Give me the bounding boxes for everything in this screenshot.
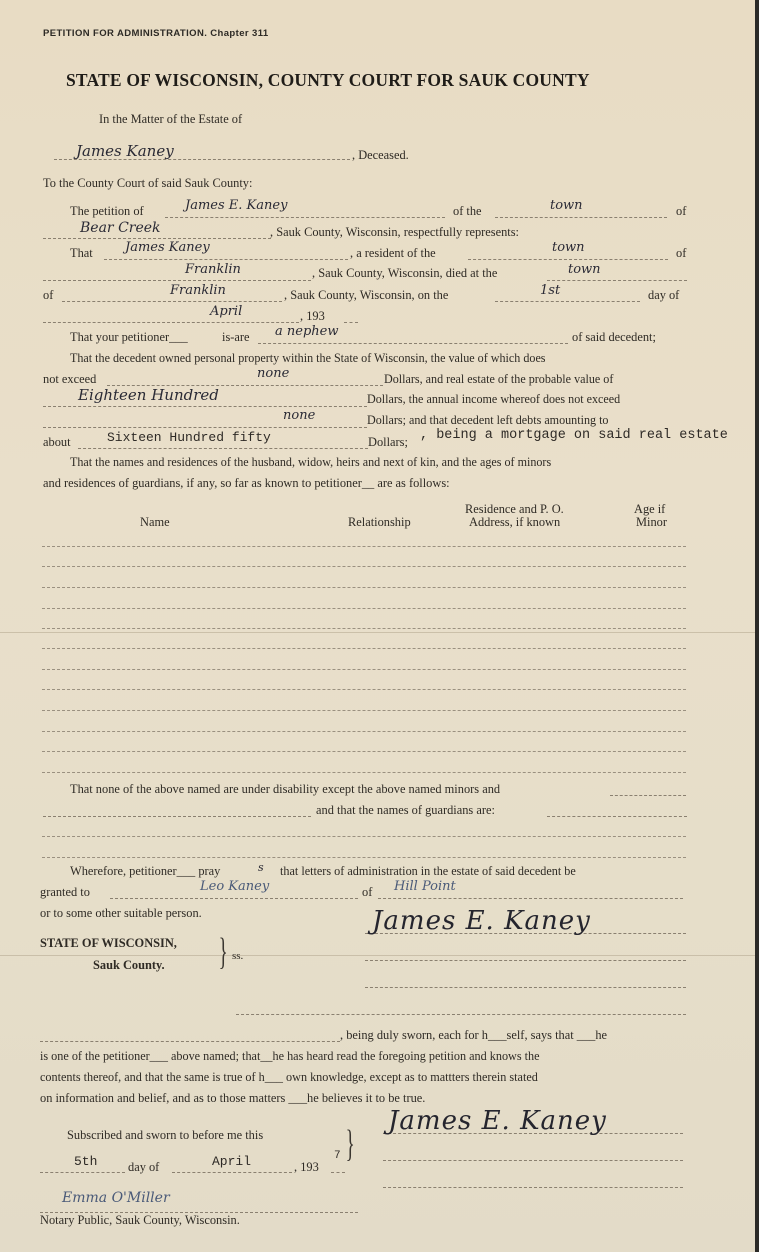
jurat-year-digit: 7 [334,1150,341,1162]
death-place: Franklin [170,283,226,298]
table-row [42,608,686,609]
is-are-option: is-are [222,330,250,345]
table-row [42,689,686,690]
jurat-day: 5th [74,1154,97,1169]
petition-document: PETITION FOR ADMINISTRATION. Chapter 311… [0,0,755,1252]
page-edge [755,0,759,1252]
municipality-type: town [550,198,583,213]
relationship-value: a nephew [275,324,338,339]
page-title: STATE OF WISCONSIN, COUNTY COURT FOR SAU… [66,70,590,91]
deceased-label: , Deceased. [352,148,409,163]
death-month: April [210,304,242,319]
venue-state: STATE OF WISCONSIN, [40,936,177,951]
paper-fold [0,955,755,956]
table-row [42,772,686,773]
form-header: PETITION FOR ADMINISTRATION. Chapter 311 [43,28,269,39]
table-row [42,710,686,711]
jurat-month: April [212,1154,251,1169]
pray-suffix: s [258,861,264,874]
municipality: Bear Creek [80,220,161,236]
table-row [42,566,686,567]
debts-note: , being a mortgage on said real estate [420,428,728,443]
table-row [42,587,686,588]
real-estate-value: Eighteen Hundred [78,386,219,404]
personal-property-value: none [257,366,289,381]
notary-title: Notary Public, Sauk County, Wisconsin. [40,1213,240,1228]
paper-fold [0,632,755,633]
death-place-type: town [568,262,601,277]
table-row [42,669,686,670]
petitioner-signature: James E. Kaney [372,906,591,936]
affiant-signature: James E. Kaney [388,1106,607,1136]
residence-type: town [552,240,585,255]
brace-icon: } [219,930,228,974]
matter-label: In the Matter of the Estate of [99,112,242,127]
table-row [42,648,686,649]
column-header-relationship: Relationship [348,515,411,530]
decedent-name: James Kaney [76,142,174,160]
death-day: 1st [540,283,560,298]
column-header-name: Name [140,515,170,530]
administrator-name: Leo Kaney [200,879,269,894]
address-line: To the County Court of said Sauk County: [43,176,252,191]
jurat-text: Subscribed and sworn to before me this [67,1128,263,1143]
table-row [42,731,686,732]
administrator-place: Hill Point [394,879,456,894]
table-row [42,751,686,752]
table-row [42,546,686,547]
annual-income-value: none [283,408,315,423]
brace-icon: } [346,1122,355,1166]
petitioner-name: James E. Kaney [185,198,287,213]
venue-county: Sauk County. [93,958,165,973]
residence-place: Franklin [185,262,241,277]
table-row [42,628,686,629]
notary-signature: Emma O'Miller [62,1190,170,1206]
debts-value: Sixteen Hundred fifty [107,430,271,445]
decedent-name-2: James Kaney [125,240,210,255]
